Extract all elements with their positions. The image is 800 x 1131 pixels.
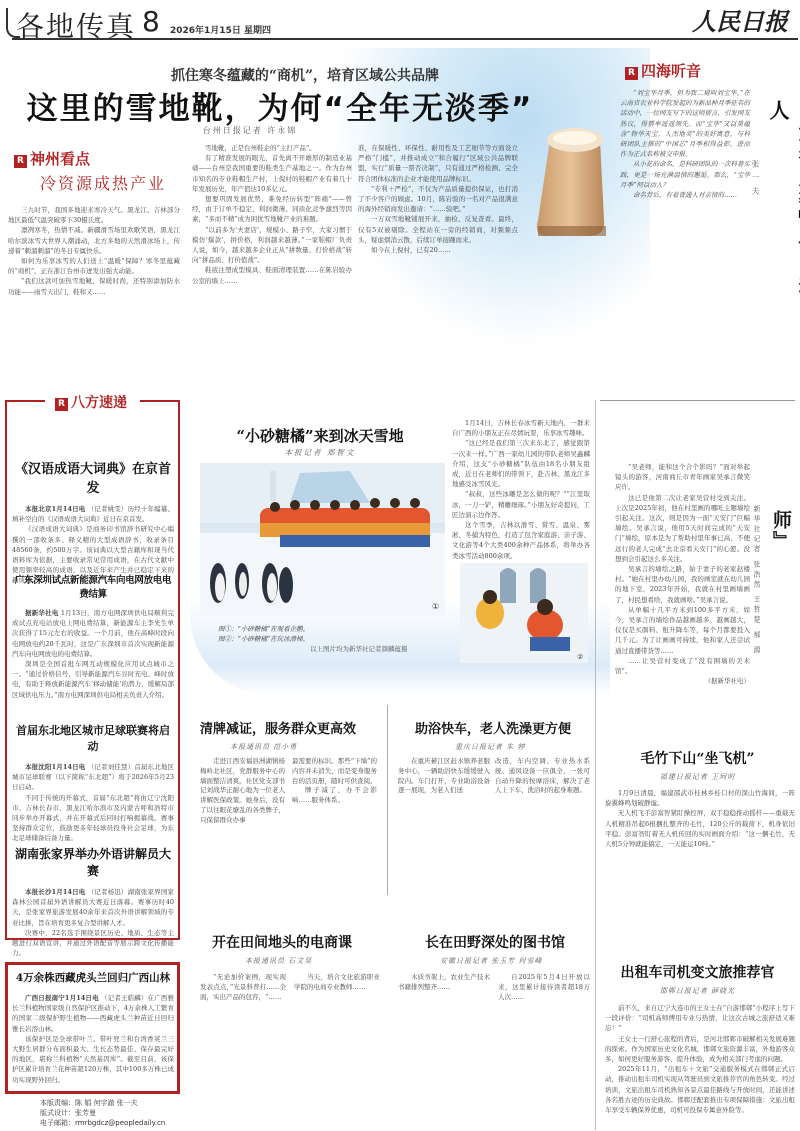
photo-story-byline: 本报记者 郑智文 [200, 447, 440, 458]
credits-designer: 版式设计：张芳曼 [40, 1108, 165, 1118]
lead-text-col-3: 准，在保暖性、环保性、耐用性及工艺细节等方面设立严格“门槛”，并推动成立“和合履… [358, 143, 518, 255]
paragraph: 三九时节，我国多地迎来寒冷天气。黑龙江、吉林部分地区最低气温突破零下30摄氏度。 [8, 205, 180, 225]
reporter: （记者姚雯） [88, 505, 128, 513]
paragraph: 改造，车内空调、专业热水系统、通风设备一应俱全，一张可自动升降的按摩浴床，解决了… [495, 757, 590, 796]
photo2-illustration: ② [460, 563, 588, 663]
masthead-rule [12, 38, 798, 40]
qingpai-byline: 本报通讯员 范小勇 [230, 742, 297, 752]
column-subtitle: 冷资源成热产业 [40, 171, 184, 194]
paragraph: 如今在上倪村，已有20…… [358, 245, 518, 255]
dianshang-headline: 开在田间地头的电商课 [212, 932, 377, 952]
qingpai-text-col-2: 最需要的标识。那些“下墙”的内容并未消失，而是变身服务台的活页册，随时可供查阅。… [292, 757, 377, 806]
box-top-line-right [140, 400, 180, 402]
r-logo-icon: R [625, 67, 638, 80]
tushuguan-byline: 安徽日报记者 张玉芳 何雪峰 [440, 956, 542, 966]
photo1-illustration: ① [200, 463, 445, 616]
photo-children-penguins: ① [200, 463, 445, 616]
column-tag: 八方速递 [71, 395, 127, 411]
paragraph: 牌子减了，办不会影响……服务体系。 [292, 786, 377, 806]
snow-boot-image [530, 110, 620, 240]
paragraph: 前不久，来自辽宁大连市的王女士在“自游邯郸”小程序上写下一段评价：“司机高师傅用… [605, 1003, 795, 1034]
photo1-marker: ① [432, 602, 439, 611]
right-column-divider [595, 400, 596, 1130]
shenzhou-column-header: R神州看点 冷资源成热产业 [14, 148, 184, 194]
photo-children-ice-slide: ② [460, 563, 588, 663]
paragraph: 当天，培合文化旅游职业学院的电商专业教师…… [294, 973, 380, 993]
dianshang-byline: 本报通讯员 石文昊 [245, 956, 312, 966]
paragraph: 凛冽寒冬，热情不减。新疆滑雪场里欢歌笑语，黑龙江哈尔滨冰雪大世界人潮涌动，北方多… [8, 225, 180, 256]
paragraph: 雪地靴，正是台州鞋企的“主打产品”。 [192, 143, 352, 153]
paragraph: 深圳是全国首批车网互动规模化应用试点城市之一。“通过价格信号，引导新能源汽车谷时… [12, 659, 174, 700]
brief-2: 广东深圳试点新能源汽车向电网放电电费结算 据新华社电 1月13日，南方电网深圳供… [12, 572, 174, 700]
qingpai-text-col-1: 走进江西安福县洲湖镇杨梅岭北社区，党群服务中心的墙面整洁清爽。社区党支部书记刘战… [200, 757, 285, 826]
sihai-byline: 张一夫 [750, 160, 761, 220]
paragraph: 无人机飞手彭富智紧盯操控屏，双手稳稳推动摇杆——重载无人机精准吊起6根捆扎整齐的… [605, 808, 795, 849]
lead-text-col-1: 三九时节，我国多地迎来寒冷天气。黑龙江、吉林部分地区最低气温突破零下30摄氏度。… [8, 205, 180, 297]
paragraph: 一万双雪地靴铺展开来，抽检、反复查看。最终，仅有5双被剔除。全程站在一旁的经销商… [358, 214, 518, 245]
caption-1: 图①：“小砂糖橘”在观看企鹅。 [218, 624, 460, 634]
paragraph: 在重庆綦江区赶水镇养老服务中心，一辆助浴快车缓缓驶入院内。车门打开，专业助浴设备… [398, 757, 490, 796]
brief-title: 《汉语成语大词典》在京首发 [12, 458, 174, 496]
box-top-line-left [5, 400, 45, 402]
featured-brief: 4万余株西藏虎头兰回归广西山林 广西日报南宁1月14日电 （记者王皓麟）在广西雅… [12, 970, 174, 1085]
chuzuche-byline: 邯郸日报记者 薛晓光 [600, 986, 795, 996]
reporter: （记者王皓麟） [101, 994, 148, 1002]
paragraph: “无论加价案例，现实现发表点点，”光景科普打……全面，实出产品的包容，“…… [200, 973, 286, 1002]
paragraph: 1月14日，吉林长春冰雪新天地内，一群来自广西的小朋友正在尽情玩耍，乐享冰雪趣味… [452, 418, 590, 438]
tushuguan-headline: 长在田野深处的图书馆 [425, 932, 590, 952]
paragraph: 王女士一行舒心旅程的背后，是河北邯郸市破解相关发展难题的探索。作为国家历史文化名… [605, 1034, 795, 1065]
lead-byline: 台州日报记者 许永锦 [150, 125, 350, 136]
paragraph: 该保护区是全球带叶兰、带叶兜兰和台湾香荚兰三大野生居群分布面积最大、生长态势最佳… [12, 1034, 174, 1085]
source-note: （据新华社电） [615, 676, 750, 686]
paragraph: 吴承言的墙绘之路，始于妻子的老家赵楼村。“她在村里办幼儿园，我的画室就在幼儿园的… [615, 564, 750, 605]
photo2-marker: ② [577, 653, 583, 661]
paragraph: 想要巩固发展优势，难免经历转型“阵痛”——曾经，由于订单不稳定、利润微薄、同质化… [192, 194, 352, 225]
paragraph: 1月9日清晨，福建邵武市桂林乡桂口村的深山竹海间，一阵旋翼蜂鸣划破静谧。 [605, 788, 795, 808]
lead-headline: 这里的雪地靴，为何“全年无淡季” [20, 83, 540, 128]
paragraph: 从单幅十几平方米到100多平方米，如今，吴承言的墙绘作品越画越多、越画越大，仅仅… [615, 605, 750, 656]
zhuyu-byline: 重庆日报记者 朱 婷 [455, 742, 525, 752]
caption-2: 图②：“小砂糖橘”在玩冰滑梯。 [218, 634, 460, 644]
chuzuche-headline: 出租车司机变文旅推荐官 [600, 962, 795, 982]
credits-email: 电子邮箱：rmrbgdcz@peopledaily.cn [40, 1118, 165, 1128]
photo-captions: 图①：“小砂糖橘”在观看企鹅。 图②：“小砂糖橘”在玩冰滑梯。 以上图片均为新华… [200, 618, 460, 678]
sihai-column-header: R四海听音 [625, 60, 701, 81]
huameng-side-title: 村里有个『画梦师』 [768, 510, 800, 680]
paragraph: “刘宝华月季，但为我二舅叫刘宝华。”在云南省农业科学院发起的为新品种月季征名的活… [620, 88, 750, 159]
photo-story-headline: “小砂糖橘”来到冰天雪地 [200, 425, 440, 446]
reporter: （记者杨迅） [88, 888, 128, 896]
page-credits: 本版责编：陈 娟 何宇澈 张一夫 版式设计：张芳曼 电子邮箱：rmrbgdcz@… [40, 1098, 165, 1128]
huameng-text: “吴老师，能和这个合个影吗？”面对举起镜头的游客，河南商丘市青年画家吴承言微笑应… [615, 462, 750, 686]
paragraph: 这已是他第二次让老家吴营村受到关注。上次是2025年初，他在村里画的哪吒主题墙绘… [615, 493, 750, 564]
paragraph: 自2025年5月4日开放以来，这里累计接待读者超18万人次…… [498, 973, 590, 1002]
zhuyu-headline: 助浴快车，老人洗澡更方便 [415, 718, 595, 737]
paragraph: “以前多为‘夫妻店’，规模小、路子窄，大家习惯于模仿‘爆款’，拼价格，利润越来越… [192, 225, 352, 266]
tushuguan-text: 木质书架上，农业生产技术书籍排列整齐…… 自2025年5月4日开放以来，这里累计… [398, 973, 590, 1123]
dateline: 广西日报南宁1月14日电 [25, 994, 99, 1002]
credits-editors: 本版责编：陈 娟 何宇澈 张一夫 [40, 1098, 165, 1108]
lead-kicker: 抓住寒冬蕴藏的“商机”，培育区域公共品牌 [70, 65, 540, 85]
page-number: 8 [142, 5, 160, 38]
paragraph: 有了精准发展的眼光，首先离不开雄厚的制造业基础——台州是我国重要的鞋类生产基地之… [192, 153, 352, 194]
sihai-text: “刘宝华月季，但为我二舅叫刘宝华。”在云南省农业科学院发起的为新品种月季征名的活… [620, 88, 750, 200]
brief-3: 首届东北地区城市足球联赛将启动 本报沈阳1月14日电 （记者刘佳慧）首届东北地区… [12, 722, 174, 844]
brief-title: 4万余株西藏虎头兰回归广西山林 [12, 970, 174, 985]
dateline: 本报北京1月14日电 [25, 505, 85, 513]
paragraph: 决赛中，22名选手围绕景区历史、地质、生态等主题进行双语宣讲，并通过外语配音等展… [12, 928, 174, 959]
masthead: 各地传真 8 2026年1月15日 星期四 人民日报 [0, 0, 800, 40]
paragraph: 不同于传统的开幕式，首届“东北超”将由辽宁沈阳市、吉林长春市、黑龙江哈尔滨市及内… [12, 793, 174, 844]
issue-date: 2026年1月15日 星期四 [170, 23, 271, 36]
paragraph: 命名背后，有着普通人对亲情的…… [620, 190, 750, 200]
brief-title: 湖南张家界举办外语讲解员大赛 [12, 845, 174, 879]
zhuyu-text-col-2: 改造，车内空调、专业热水系统、通风设备一应俱全，一张可自动升降的按摩浴床，解决了… [495, 757, 590, 796]
paragraph: “专利＋严检”，不仅为产品质量提供保证，也打消了不少客户的顾虑。10月，陈岩验的… [358, 184, 518, 215]
maozhu-headline: 毛竹下山“坐飞机” [600, 748, 795, 768]
photo-story-text: 1月14日，吉林长春冰雪新天地内，一群来自广西的小朋友正在尽情玩耍，乐享冰雪趣味… [452, 418, 590, 561]
maozhu-byline: 福建日报记者 王珂明 [600, 772, 795, 782]
bafang-column-header: R八方速递 [55, 392, 127, 412]
paragraph: “这已经是我们第三次来东北了，感觉跟第一次来一样。”广西一家幼儿园的带队老师吴鑫… [452, 438, 590, 489]
brief-title: 首届东北地区城市足球联赛将启动 [12, 722, 174, 754]
dateline: 据新华社电 [25, 609, 59, 617]
paragraph: 木质书架上，农业生产技术书籍排列整齐…… [398, 973, 490, 993]
paragraph: 走进江西安福县洲湖镇杨梅岭北社区，党群服务中心的墙面整洁清爽。社区党支部书记刘战… [200, 757, 285, 826]
paragraph: 如何为乐享冰雪的人们送上“温暖”保障？寒冬里蕴藏的“商机”，正在浙江台州市迸发出… [8, 256, 180, 276]
paragraph: 这个雪季，吉林以滑雪、赏雪、温泉、雾凇、冬捕为特色，打造了包含家庭游、亲子游、文… [452, 520, 590, 561]
qingpai-headline: 清牌减证，服务群众更高效 [200, 718, 380, 737]
paragraph: 2025年11月，“出租车＋文旅”交通服务模式在邯郸正式启动，推动出租车司机实现… [605, 1064, 795, 1115]
paragraph: “我们这款可加热雪地靴，保暖时尚，还特别添加防水功能——雨雪天出门，鞋和又…… [8, 276, 180, 296]
zhuyu-text-col-1: 在重庆綦江区赶水镇养老服务中心，一辆助浴快车缓缓驶入院内。车门打开，专业助浴设备… [398, 757, 490, 796]
paragraph: 最需要的标识。那些“下墙”的内容并未消失，而是变身服务台的活页册，随时可供查阅。 [292, 757, 377, 786]
paragraph: ……让吴营村变成了“没有围墙的美术馆”。 [615, 656, 750, 676]
column-divider [387, 705, 388, 895]
huameng-byline: 新华社记者 张浩然 王哲楚 郝 源 [752, 505, 762, 665]
maozhu-text: 1月9日清晨，福建邵武市桂林乡桂口村的深山竹海间，一阵旋翼蜂鸣划破静谧。 无人机… [605, 788, 795, 849]
newspaper-logo: 人民日报 [692, 2, 788, 37]
sihai-side-title: 『宝华月季』何以动人 [764, 100, 800, 300]
lead-text-col-2: 雪地靴，正是台州鞋企的“主打产品”。 有了精准发展的眼光，首先离不开雄厚的制造业… [192, 143, 352, 286]
paragraph: 从小花的命名，是科研团队的一次科普实践，更是一场充满温情的邂逅。那么，“宝华月季… [620, 159, 750, 190]
brief-4: 湖南张家界举办外语讲解员大赛 本报长沙1月14日电 （记者杨迅）湖南张家界国家森… [12, 845, 174, 958]
paragraph: “叔叔，这些冰雕是怎么做的呢？”“江里取冰，一刀一铲，精雕细琢。”小朋友好奇提问… [452, 489, 590, 520]
chuzuche-text: 前不久，来自辽宁大连市的王女士在“自游邯郸”小程序上写下一段评价：“司机高师傅用… [605, 1003, 795, 1115]
column-tag: 四海听音 [641, 62, 701, 80]
paragraph: 鞋底注塑成型模具、鞋面清理装置……在陈岩验办公室的墙上…… [192, 265, 352, 285]
r-logo-icon: R [55, 398, 68, 411]
dateline: 本报沈阳1月14日电 [25, 763, 85, 771]
brief-title: 广东深圳试点新能源汽车向电网放电电费结算 [12, 572, 174, 600]
dateline: 本报长沙1月14日电 [25, 888, 85, 896]
reporter: （记者刘佳慧） [88, 763, 135, 771]
photo-credit: 以上图片均为新华社记者颜麟蕴摄 [310, 644, 460, 654]
column-tag: 神州看点 [30, 150, 90, 168]
section-divider [600, 400, 795, 401]
paragraph: “吴老师，能和这个合个影吗？”面对举起镜头的游客，河南商丘市青年画家吴承言微笑应… [615, 462, 750, 493]
dianshang-text: “无论加价案例，现实现发表点点，”光景科普打……全面，实出产品的包容，“…… 当… [200, 973, 380, 1123]
r-logo-icon: R [14, 155, 27, 168]
paragraph: 准，在保暖性、环保性、耐用性及工艺细节等方面设立严格“门槛”，并推动成立“和合履… [358, 143, 518, 184]
brief-1: 《汉语成语大词典》在京首发 本报北京1月14日电 （记者姚雯）历经十年编纂、填补… [12, 458, 174, 586]
